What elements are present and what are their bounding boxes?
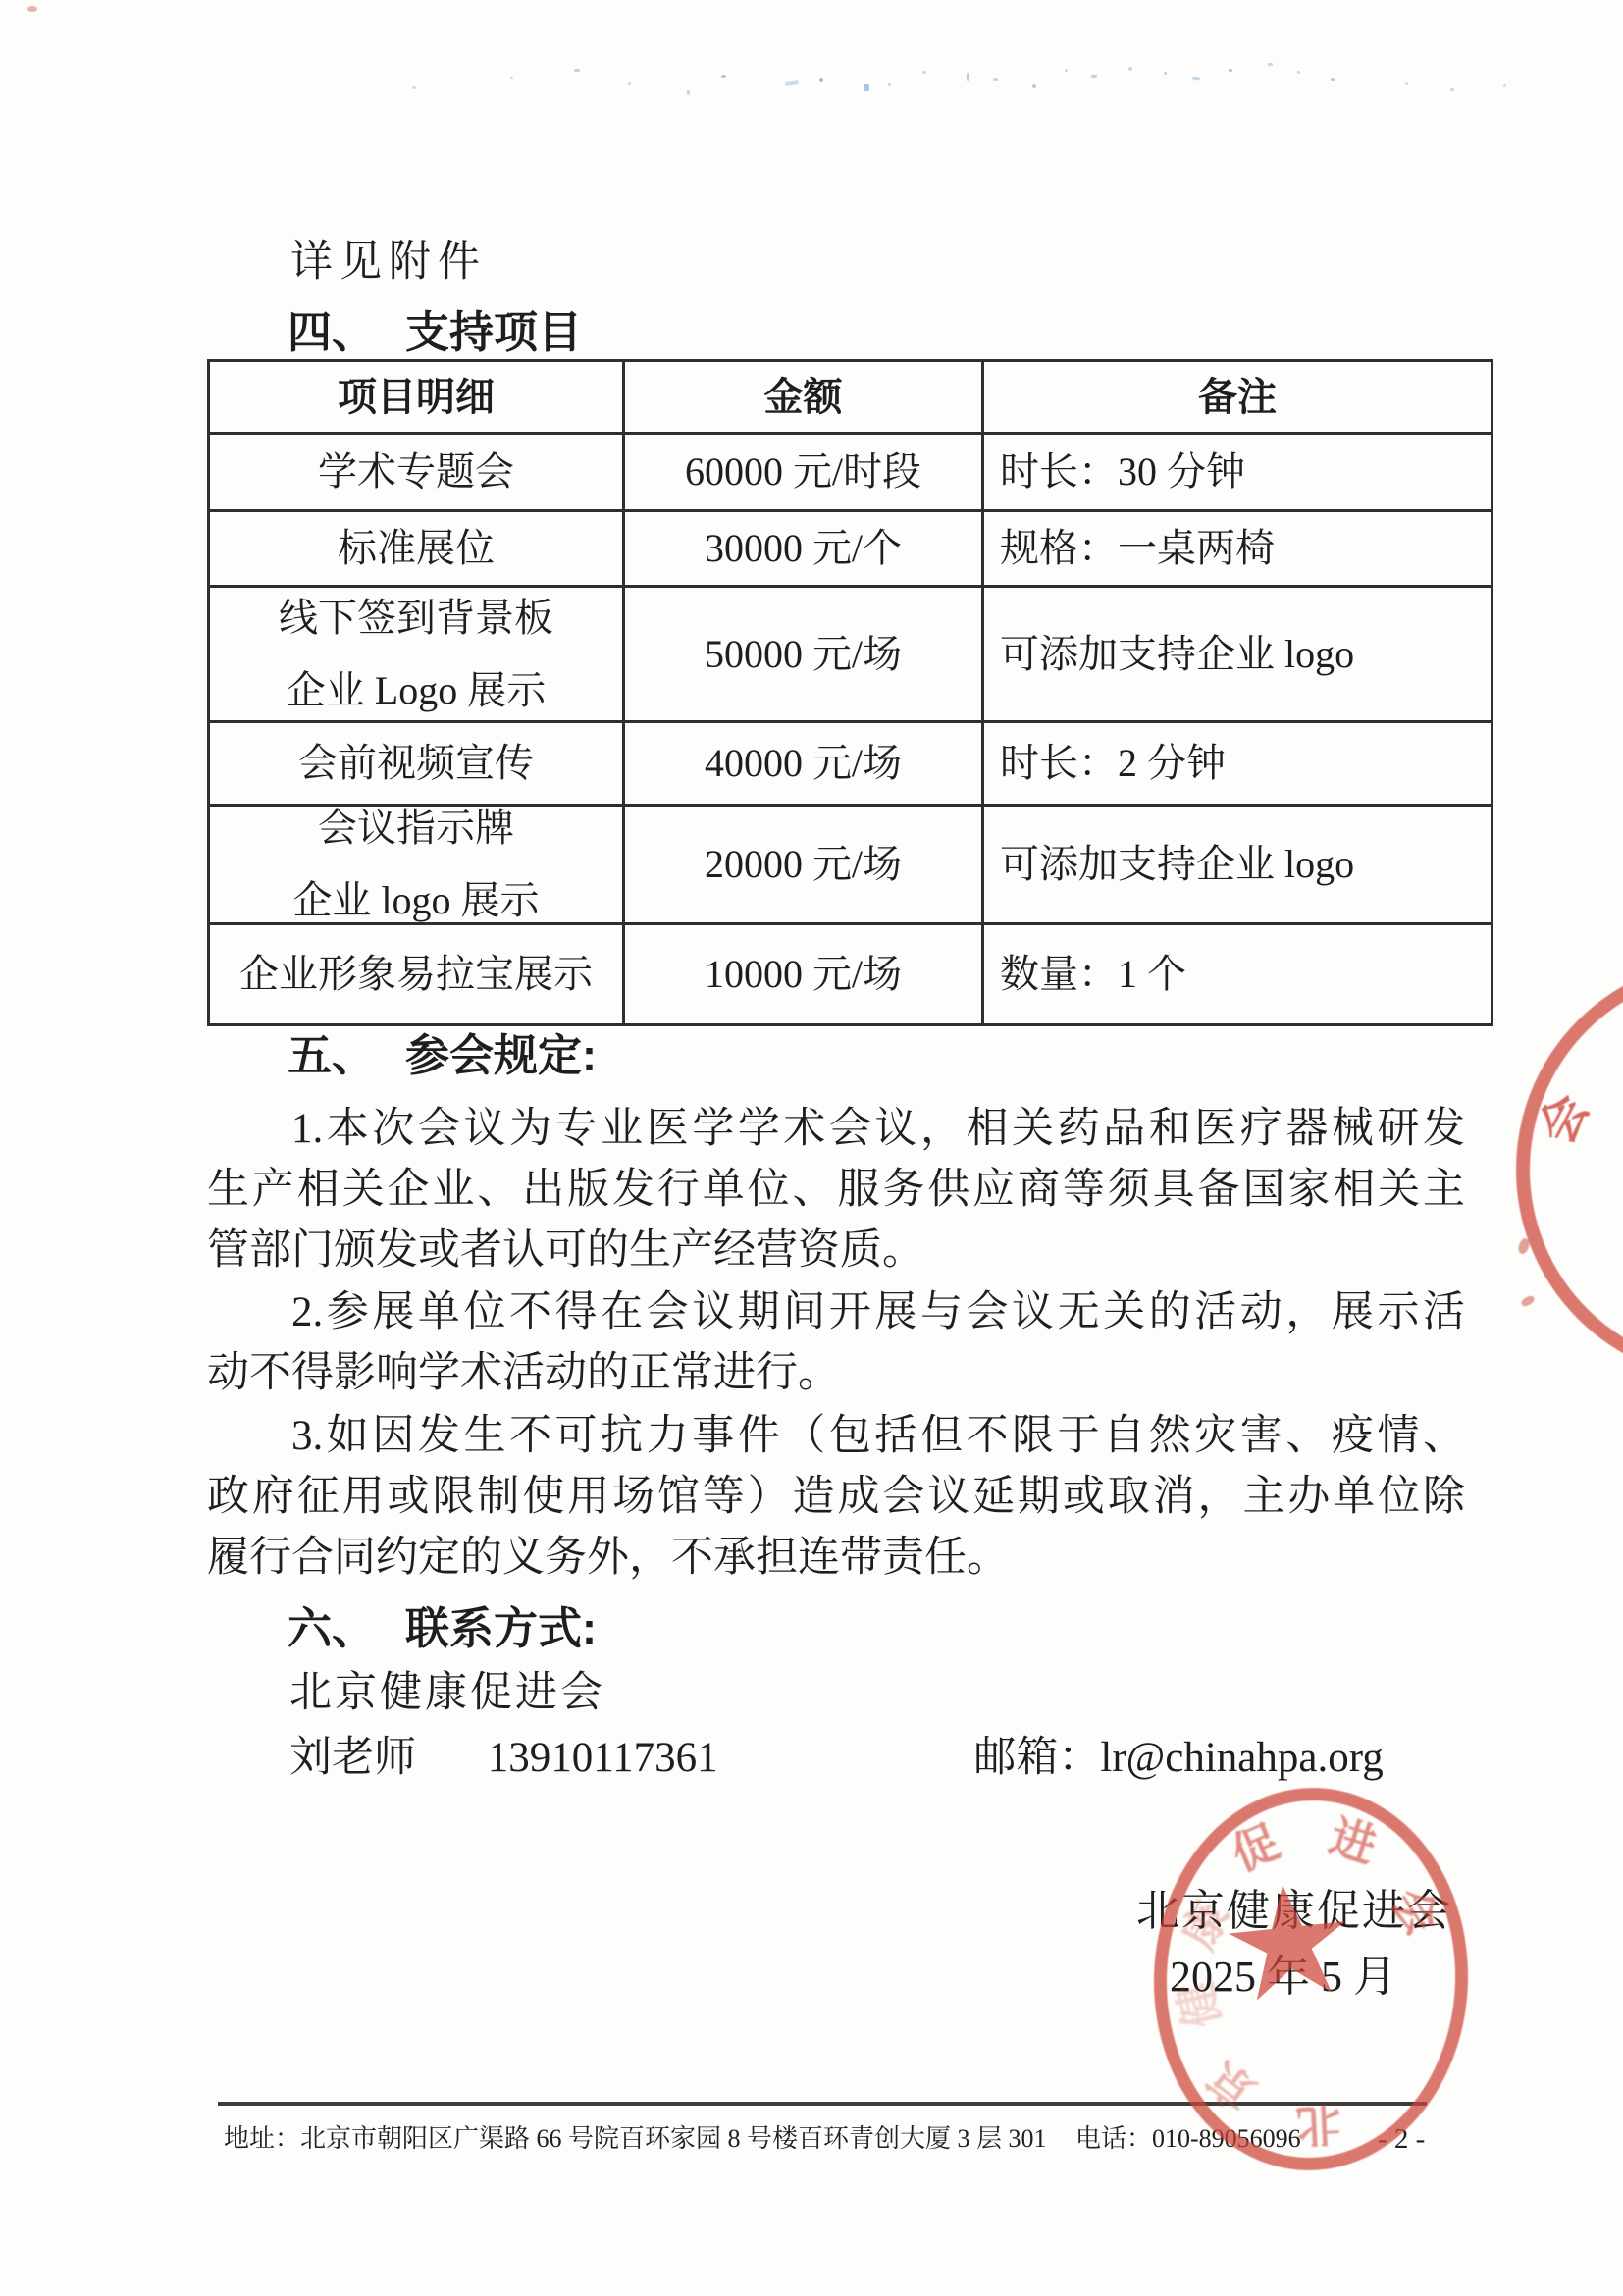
section-4-title: 支持项目	[405, 307, 582, 357]
seal-char: 北	[1294, 2095, 1342, 2162]
paragraph-line: 2.参展单位不得在会议期间开展与会议无关的活动，展示活	[207, 1282, 1465, 1343]
contact-email: 邮箱：lr@chinahpa.org	[973, 1735, 1383, 1781]
contact-organization: 北京健康促进会	[289, 1663, 605, 1724]
paragraph-line: 管部门颁发或者认可的生产经营资质。	[207, 1221, 1465, 1281]
rules-paragraph-3: 3.如因发生不可抗力事件（包括但不限于自然灾害、疫情、 政府征用或限制使用场馆等…	[207, 1406, 1465, 1589]
contact-phone: 13910117361	[488, 1735, 718, 1781]
contact-line: 刘老师 13910117361 邮箱：lr@chinahpa.org	[289, 1728, 1384, 1789]
header-item-detail: 项目明细	[210, 362, 622, 432]
item-amount: 50000 元/场	[622, 588, 981, 720]
header-remark: 备注	[981, 362, 1491, 432]
item-remark: 可添加支持企业 logo	[981, 588, 1491, 720]
item-name-line-2: 企业 Logo 展示	[287, 654, 546, 727]
support-items-table: 项目明细 金额 备注 学术专题会 60000 元/时段 时长：30 分钟 标准展…	[207, 359, 1493, 1026]
rules-paragraph-2: 2.参展单位不得在会议期间开展与会议无关的活动，展示活 动不得影响学术活动的正常…	[207, 1282, 1465, 1404]
item-remark: 可添加支持企业 logo	[981, 807, 1491, 922]
section-6-title: 联系方式:	[405, 1603, 597, 1653]
section-6-number: 六、	[288, 1603, 376, 1653]
item-amount: 20000 元/场	[622, 807, 981, 922]
table-row: 标准展位 30000 元/个 规格：一桌两椅	[210, 509, 1491, 585]
partial-seal-right	[1516, 959, 1623, 1381]
seal-char: 健	[1160, 1976, 1233, 2035]
item-remark: 规格：一桌两椅	[981, 512, 1491, 585]
seal-char: 康	[1164, 1889, 1242, 1958]
paragraph-line: 生产相关企业、出版发行单位、服务供应商等须具备国家相关主	[207, 1160, 1465, 1221]
section-6-heading: 六、联系方式:	[288, 1598, 597, 1659]
item-amount: 10000 元/场	[622, 925, 981, 1023]
seal-char: 进	[1323, 1800, 1385, 1876]
section-5-heading: 五、参会规定:	[288, 1025, 597, 1086]
item-remark: 时长：2 分钟	[981, 723, 1491, 804]
paragraph-line: 政府征用或限制使用场馆等）造成会议延期或取消，主办单位除	[207, 1467, 1465, 1528]
table-row: 线下签到背景板 企业 Logo 展示 50000 元/场 可添加支持企业 log…	[210, 585, 1491, 720]
item-name: 会前视频宣传	[298, 730, 534, 797]
header-amount: 金额	[622, 362, 981, 432]
seal-mark	[1517, 1237, 1532, 1255]
seal-char: 京	[1192, 2048, 1267, 2126]
contact-person: 刘老师	[289, 1735, 416, 1781]
section-4-heading: 四、支持项目	[288, 302, 582, 363]
item-name: 标准展位	[338, 515, 495, 582]
section-5-number: 五、	[288, 1030, 376, 1080]
item-name-line-1: 会议指示牌	[318, 792, 514, 864]
seal-char: 会	[1379, 1873, 1457, 1947]
table-header-row: 项目明细 金额 备注	[210, 362, 1491, 432]
item-remark: 数量：1 个	[981, 925, 1491, 1023]
paragraph-line: 3.如因发生不可抗力事件（包括但不限于自然灾害、疫情、	[207, 1406, 1465, 1467]
item-amount: 30000 元/个	[622, 512, 981, 585]
table-row: 学术专题会 60000 元/时段 时长：30 分钟	[210, 432, 1491, 509]
paragraph-line: 履行合同约定的义务外，不承担连带责任。	[207, 1528, 1465, 1589]
seal-mark	[1520, 1294, 1536, 1308]
paragraph-line: 动不得影响学术活动的正常进行。	[207, 1343, 1465, 1404]
item-name-line-1: 线下签到背景板	[279, 582, 553, 654]
paragraph-line: 1.本次会议为专业医学学术会议，相关药品和医疗器械研发	[207, 1099, 1465, 1160]
item-amount: 40000 元/场	[622, 723, 981, 804]
item-name: 学术专题会	[318, 439, 514, 505]
footer-address: 地址：北京市朝阳区广渠路 66 号院百环家园 8 号楼百环青创大厦 3 层 30…	[224, 2119, 1047, 2159]
scanned-document-page: 详见附件 四、支持项目 项目明细 金额 备注 学术专题会 60000 元/时段 …	[0, 0, 1623, 2296]
see-attachment-line: 详见附件	[290, 233, 487, 293]
rules-paragraph-1: 1.本次会议为专业医学学术会议，相关药品和医疗器械研发 生产相关企业、出版发行单…	[207, 1099, 1465, 1281]
table-row: 会议指示牌 企业 logo 展示 20000 元/场 可添加支持企业 logo	[210, 804, 1491, 922]
section-5-title: 参会规定:	[405, 1030, 597, 1080]
item-amount: 60000 元/时段	[622, 435, 981, 509]
table-row: 企业形象易拉宝展示 10000 元/场 数量：1 个	[210, 922, 1491, 1023]
section-4-number: 四、	[288, 307, 376, 357]
item-remark: 时长：30 分钟	[981, 435, 1491, 509]
item-name: 企业形象易拉宝展示	[239, 941, 593, 1008]
seal-char: 促	[1221, 1806, 1287, 1884]
